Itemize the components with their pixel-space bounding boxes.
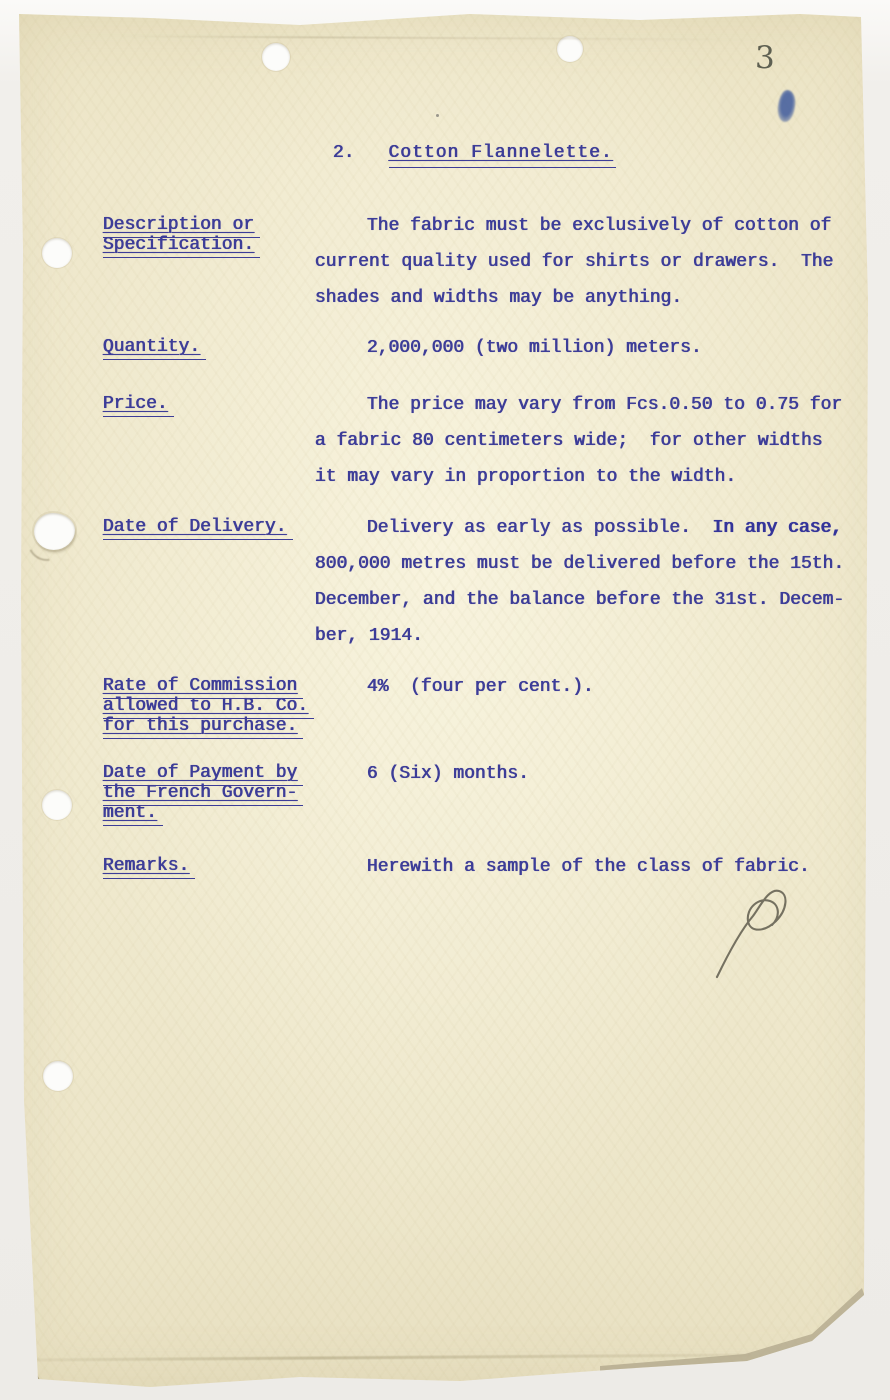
- label-line: Date of Delivery.: [103, 518, 293, 540]
- document-sheet: 3 2.Cotton Flannelette. Description or S…: [0, 0, 890, 1400]
- pencil-flourish-mark: [703, 880, 791, 982]
- body-date-of-delivery: Delivery as early as possible. In any ca…: [315, 510, 844, 654]
- label-line: for this purchase.: [103, 717, 303, 739]
- label-quantity: Quantity.: [103, 338, 206, 358]
- body-line: current quality used for shirts or drawe…: [315, 244, 833, 280]
- label-line: Price.: [103, 395, 174, 417]
- body-line: 800,000 metres must be delivered before …: [315, 546, 844, 582]
- label-rate-of-commission: Rate of Commission allowed to H.B. Co. f…: [103, 677, 314, 737]
- label-date-of-payment: Date of Payment by the French Govern- me…: [103, 764, 303, 824]
- body-description: The fabric must be exclusively of cotton…: [315, 208, 833, 316]
- label-line: ment.: [103, 804, 163, 826]
- body-line: The price may vary from Fcs.0.50 to 0.75…: [315, 387, 842, 423]
- bottom-fold-crease: [30, 1353, 750, 1361]
- body-line: 6 (Six) months.: [315, 756, 529, 792]
- punch-hole-top-left: [262, 43, 290, 71]
- punch-hole-left-4: [43, 1061, 73, 1091]
- body-line: shades and widths may be anything.: [315, 280, 833, 316]
- punch-hole-left-1: [42, 238, 72, 268]
- label-line: Quantity.: [103, 338, 206, 360]
- document-heading: 2.Cotton Flannelette.: [333, 141, 616, 168]
- label-date-of-delivery: Date of Delivery.: [103, 518, 293, 538]
- label-description: Description or Specification.: [103, 216, 260, 256]
- page-number-stamp: 3: [755, 40, 775, 76]
- body-line: a fabric 80 centimeters wide; for other …: [315, 423, 842, 459]
- punch-hole-left-3: [42, 790, 72, 820]
- label-remarks: Remarks.: [103, 857, 195, 877]
- emphasized-text: In any case,: [713, 518, 843, 538]
- body-rate-of-commission: 4% (four per cent.).: [315, 669, 594, 705]
- body-price: The price may vary from Fcs.0.50 to 0.75…: [315, 387, 842, 495]
- body-line: ber, 1914.: [315, 618, 844, 654]
- top-crease: [120, 35, 760, 40]
- punch-hole-top-right: [557, 36, 583, 62]
- label-line: Remarks.: [103, 857, 195, 879]
- body-line: Delivery as early as possible. In any ca…: [315, 510, 844, 546]
- label-line: Specification.: [103, 236, 260, 258]
- label-price: Price.: [103, 395, 174, 415]
- body-line: 4% (four per cent.).: [315, 669, 594, 705]
- heading-number: 2.: [333, 143, 355, 163]
- heading-title: Cotton Flannelette.: [389, 141, 616, 168]
- body-line: The fabric must be exclusively of cotton…: [315, 208, 833, 244]
- body-text: Delivery as early as possible.: [367, 518, 713, 538]
- body-line: 2,000,000 (two million) meters.: [315, 330, 702, 366]
- body-quantity: 2,000,000 (two million) meters.: [315, 330, 702, 366]
- body-date-of-payment: 6 (Six) months.: [315, 756, 529, 792]
- ink-speck: [436, 114, 439, 117]
- blue-ink-smudge: [776, 89, 797, 123]
- body-line: December, and the balance before the 31s…: [315, 582, 844, 618]
- body-line: it may vary in proportion to the width.: [315, 459, 842, 495]
